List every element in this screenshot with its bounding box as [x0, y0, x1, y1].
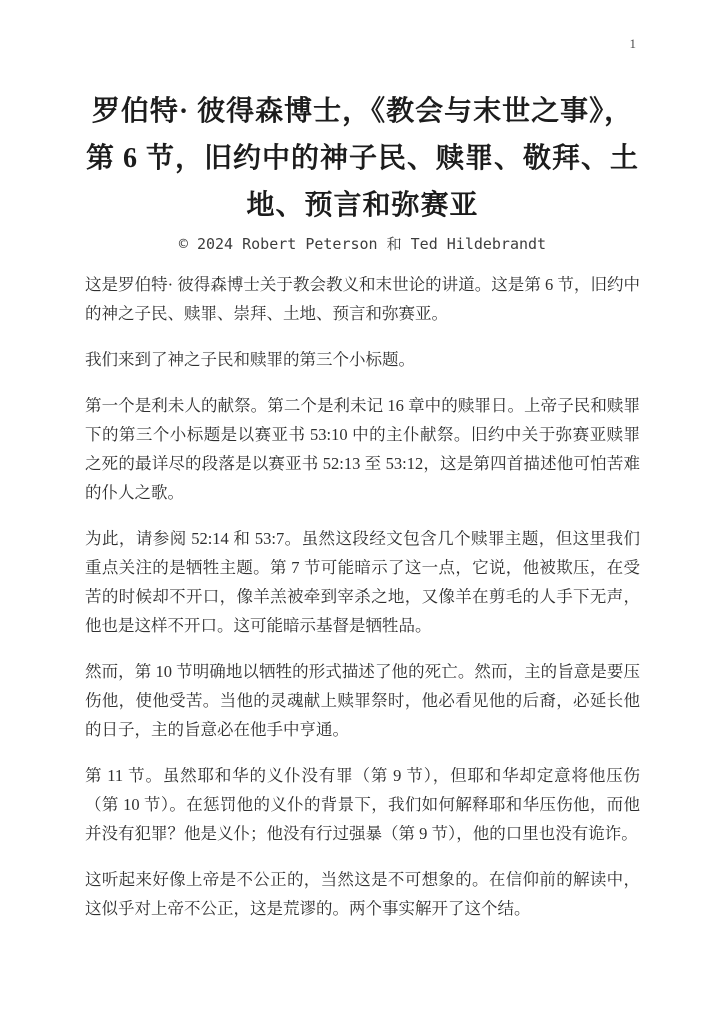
page-number: 1 — [630, 37, 637, 50]
document-title: 罗伯特· 彼得森博士，《教会与末世之事》， 第 6 节，旧约中的神子民、赎罪、敬… — [85, 88, 640, 229]
paragraph-2: 我们来到了神之子民和赎罪的第三个小标题。 — [85, 345, 640, 374]
copyright-line: © 2024 Robert Peterson 和 Ted Hildebrandt — [85, 233, 640, 256]
paragraph-3: 第一个是利未人的献祭。第二个是利未记 16 章中的赎罪日。上帝子民和赎罪下的第三… — [85, 391, 640, 507]
page-content: 罗伯特· 彼得森博士，《教会与末世之事》， 第 6 节，旧约中的神子民、赎罪、敬… — [0, 0, 724, 923]
title-line-3: 地、预言和弥赛亚 — [85, 182, 640, 229]
paragraph-4: 为此，请参阅 52:14 和 53:7。虽然这段经文包含几个赎罪主题，但这里我们… — [85, 524, 640, 640]
paragraph-7: 这听起来好像上帝是不公正的，当然这是不可想象的。在信仰前的解读中，这似乎对上帝不… — [85, 865, 640, 923]
paragraph-5: 然而，第 10 节明确地以牺牲的形式描述了他的死亡。然而，主的旨意是要压伤他，使… — [85, 657, 640, 744]
title-line-1: 罗伯特· 彼得森博士，《教会与末世之事》， — [85, 88, 640, 135]
title-line-2: 第 6 节，旧约中的神子民、赎罪、敬拜、土 — [85, 135, 640, 182]
paragraph-6: 第 11 节。虽然耶和华的义仆没有罪（第 9 节），但耶和华却定意将他压伤（第 … — [85, 761, 640, 848]
paragraph-1: 这是罗伯特· 彼得森博士关于教会教义和末世论的讲道。这是第 6 节，旧约中的神之… — [85, 270, 640, 328]
document-page: 1 罗伯特· 彼得森博士，《教会与末世之事》， 第 6 节，旧约中的神子民、赎罪… — [0, 0, 724, 1024]
document-body: 这是罗伯特· 彼得森博士关于教会教义和末世论的讲道。这是第 6 节，旧约中的神之… — [85, 270, 640, 923]
